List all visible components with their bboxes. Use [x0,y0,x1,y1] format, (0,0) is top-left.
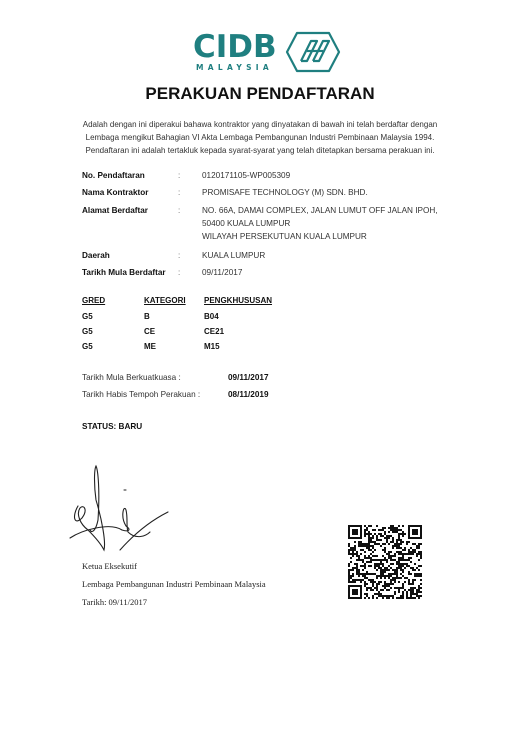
logo-subtitle: MALAYSIA [196,63,273,72]
address-line: NO. 66A, DAMAI COMPLEX, JALAN LUMUT OFF … [202,204,438,217]
value-nama-kontraktor: PROMISAFE TECHNOLOGY (M) SDN. BHD. [202,186,368,199]
table-cell: G5 [82,312,93,321]
colon: : [178,206,180,215]
header-gred: GRED [82,296,105,305]
document-title: PERAKUAN PENDAFTARAN [0,84,520,104]
logo-text: CIDB [193,29,277,65]
intro-line: Lembaga mengikut Bahagian VI Akta Lembag… [60,131,460,144]
table-cell: G5 [82,327,93,336]
status-label: STATUS: BARU [82,422,142,431]
signature-image [66,460,176,555]
label-habis-tempoh: Tarikh Habis Tempoh Perakuan : [82,390,200,399]
value-tarikh-mula-berdaftar: 09/11/2017 [202,266,242,279]
signatory-organisation: Lembaga Pembangunan Industri Pembinaan M… [82,579,266,589]
address-line: WILAYAH PERSEKUTUAN KUALA LUMPUR [202,230,438,243]
label-daerah: Daerah [82,251,110,260]
cidb-logo: CIDB MALAYSIA [193,29,343,74]
intro-line: Adalah dengan ini diperakui bahawa kontr… [60,118,460,131]
signatory-date: Tarikh: 09/11/2017 [82,597,147,607]
colon: : [178,188,180,197]
table-cell: B04 [204,312,219,321]
value-mula-berkuatkuasa: 09/11/2017 [228,373,269,382]
label-alamat: Alamat Berdaftar [82,206,148,215]
value-no-pendaftaran: 0120171105-WP005309 [202,169,290,182]
table-cell: M15 [204,342,220,351]
colon: : [178,171,180,180]
header-kategori: KATEGORI [144,296,186,305]
value-daerah: KUALA LUMPUR [202,249,265,262]
qr-code-icon [347,525,423,599]
intro-paragraph: Adalah dengan ini diperakui bahawa kontr… [60,118,460,157]
address-line: 50400 KUALA LUMPUR [202,217,438,230]
signatory-title: Ketua Eksekutif [82,561,137,571]
label-tarikh-mula-berdaftar: Tarikh Mula Berdaftar [82,268,166,277]
table-cell: CE [144,327,155,336]
colon: : [178,268,180,277]
header-pengkhususan: PENGKHUSUSAN [204,296,272,305]
table-cell: CE21 [204,327,224,336]
label-nama-kontraktor: Nama Kontraktor [82,188,148,197]
value-habis-tempoh: 08/11/2019 [228,390,269,399]
table-cell: B [144,312,150,321]
colon: : [178,251,180,260]
label-mula-berkuatkuasa: Tarikh Mula Berkuatkuasa : [82,373,181,382]
intro-line: Pendaftaran ini adalah tertakluk kepada … [60,144,460,157]
value-alamat: NO. 66A, DAMAI COMPLEX, JALAN LUMUT OFF … [202,204,438,243]
label-no-pendaftaran: No. Pendaftaran [82,171,145,180]
table-cell: ME [144,342,156,351]
table-cell: G5 [82,342,93,351]
cidb-hexagon-logo-icon [283,31,341,73]
